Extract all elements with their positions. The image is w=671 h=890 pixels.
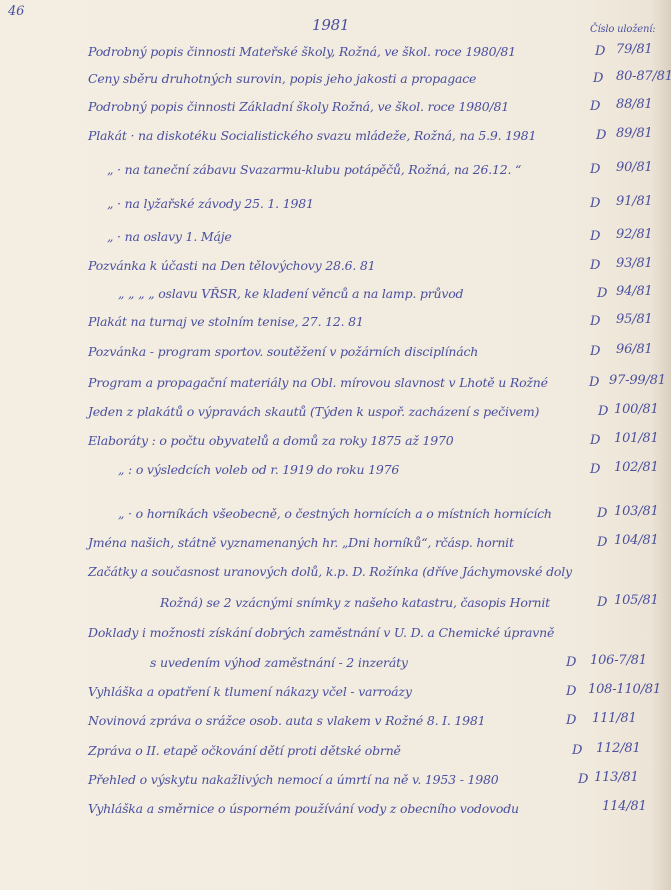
entry-description: Plakát na turnaj ve stolním tenise, 27. … <box>88 314 364 329</box>
entry-storage-number: 113/81 <box>594 770 639 785</box>
storage-number-column-header: Číslo uložení: <box>590 24 655 35</box>
entry-type-marker: D <box>590 196 600 211</box>
entry-storage-number: 91/81 <box>616 194 652 209</box>
entry-description: s uvedením výhod zaměstnání - 2 inzeráty <box>150 655 408 670</box>
entry-description: Zpráva o II. etapě očkování dětí proti d… <box>88 743 401 758</box>
entry-storage-number: 94/81 <box>616 284 652 299</box>
entry-description: Podrobný popis činnosti Základní školy R… <box>88 99 509 114</box>
entry-storage-number: 106-7/81 <box>590 653 647 668</box>
entry-storage-number: 96/81 <box>616 342 652 357</box>
entry-storage-number: 114/81 <box>602 799 647 814</box>
entry-description: Doklady i možnosti získání dobrých zaměs… <box>88 625 554 640</box>
page-number: 46 <box>8 4 24 19</box>
entry-description: Novinová zpráva o srážce osob. auta s vl… <box>88 713 485 728</box>
entry-description: „ : o výsledcích voleb od r. 1919 do rok… <box>118 462 399 477</box>
entry-type-marker: D <box>597 595 607 610</box>
entry-type-marker: D <box>593 71 603 86</box>
entry-storage-number: 79/81 <box>616 42 652 57</box>
entry-storage-number: 93/81 <box>616 256 652 271</box>
entry-storage-number: 104/81 <box>614 533 659 548</box>
entry-type-marker: D <box>566 684 576 699</box>
entry-description: Přehled o výskytu nakažlivých nemocí a ú… <box>88 772 499 787</box>
entry-storage-number: 80-87/81 <box>616 69 671 84</box>
entry-type-marker: D <box>590 162 600 177</box>
entry-type-marker: D <box>572 743 582 758</box>
entry-type-marker: D <box>590 229 600 244</box>
entry-type-marker: D <box>566 655 576 670</box>
entry-type-marker: D <box>590 433 600 448</box>
entry-storage-number: 112/81 <box>596 741 641 756</box>
entry-type-marker: D <box>590 99 600 114</box>
entry-storage-number: 90/81 <box>616 160 652 175</box>
entry-type-marker: D <box>590 258 600 273</box>
entry-type-marker: D <box>590 344 600 359</box>
entry-description: „ · o horníkách všeobecně, o čestných ho… <box>118 506 552 521</box>
entry-description: „ · na lyžařské závody 25. 1. 1981 <box>107 196 314 211</box>
entry-description: Elaboráty : o počtu obyvatelů a domů za … <box>88 433 454 448</box>
entry-description: Začátky a současnost uranových dolů, k.p… <box>88 564 572 579</box>
entry-storage-number: 95/81 <box>616 312 652 327</box>
entry-description: Jeden z plakátů o výpravách skautů (Týde… <box>88 404 539 419</box>
entry-storage-number: 100/81 <box>614 402 659 417</box>
entry-type-marker: D <box>566 713 576 728</box>
entry-storage-number: 111/81 <box>592 711 637 726</box>
entry-description: Ceny sběru druhotných surovin, popis jeh… <box>88 71 476 86</box>
entry-storage-number: 97-99/81 <box>609 373 666 388</box>
ledger-page: 46 1981 Číslo uložení: Podrobný popis či… <box>0 0 671 890</box>
entry-type-marker: D <box>589 375 599 390</box>
entry-description: Rožná) se 2 vzácnými snímky z našeho kat… <box>160 595 550 610</box>
entry-storage-number: 101/81 <box>614 431 659 446</box>
entry-description: Podrobný popis činnosti Mateřské školy, … <box>88 44 516 59</box>
entry-description: Pozvánka - program sportov. soutěžení v … <box>88 344 478 359</box>
entry-type-marker: D <box>595 44 605 59</box>
entry-type-marker: D <box>590 314 600 329</box>
entry-type-marker: D <box>578 772 588 787</box>
entry-description: Vyhláška a opatření k tlumení nákazy vče… <box>88 684 412 699</box>
entry-description: Vyhláška a směrnice o úsporném používání… <box>88 801 519 816</box>
entry-storage-number: 103/81 <box>614 504 659 519</box>
entry-type-marker: D <box>597 286 607 301</box>
entry-description: Pozvánka k účasti na Den tělovýchovy 28.… <box>88 258 375 273</box>
entry-storage-number: 92/81 <box>616 227 652 242</box>
entry-storage-number: 102/81 <box>614 460 659 475</box>
entry-description: Program a propagační materiály na Obl. m… <box>88 375 548 390</box>
year-heading: 1981 <box>312 16 349 34</box>
entry-type-marker: D <box>596 128 606 143</box>
entry-storage-number: 108-110/81 <box>588 682 661 697</box>
entry-storage-number: 89/81 <box>616 126 652 141</box>
entry-storage-number: 105/81 <box>614 593 659 608</box>
entry-description: „ · na oslavy 1. Máje <box>107 229 232 244</box>
entry-description: „ · na taneční zábavu Svazarmu-klubu pot… <box>107 162 521 177</box>
entry-type-marker: D <box>590 462 600 477</box>
entry-type-marker: D <box>598 404 608 419</box>
entry-description: „ „ „ „ oslavu VŘSR, ke kladení věnců a … <box>118 286 463 301</box>
entry-storage-number: 88/81 <box>616 97 652 112</box>
entry-description: Plakát · na diskotéku Socialistického sv… <box>88 128 536 143</box>
entry-description: Jména našich, státně vyznamenaných hr. „… <box>88 535 514 550</box>
entry-type-marker: D <box>597 535 607 550</box>
entry-type-marker: D <box>597 506 607 521</box>
